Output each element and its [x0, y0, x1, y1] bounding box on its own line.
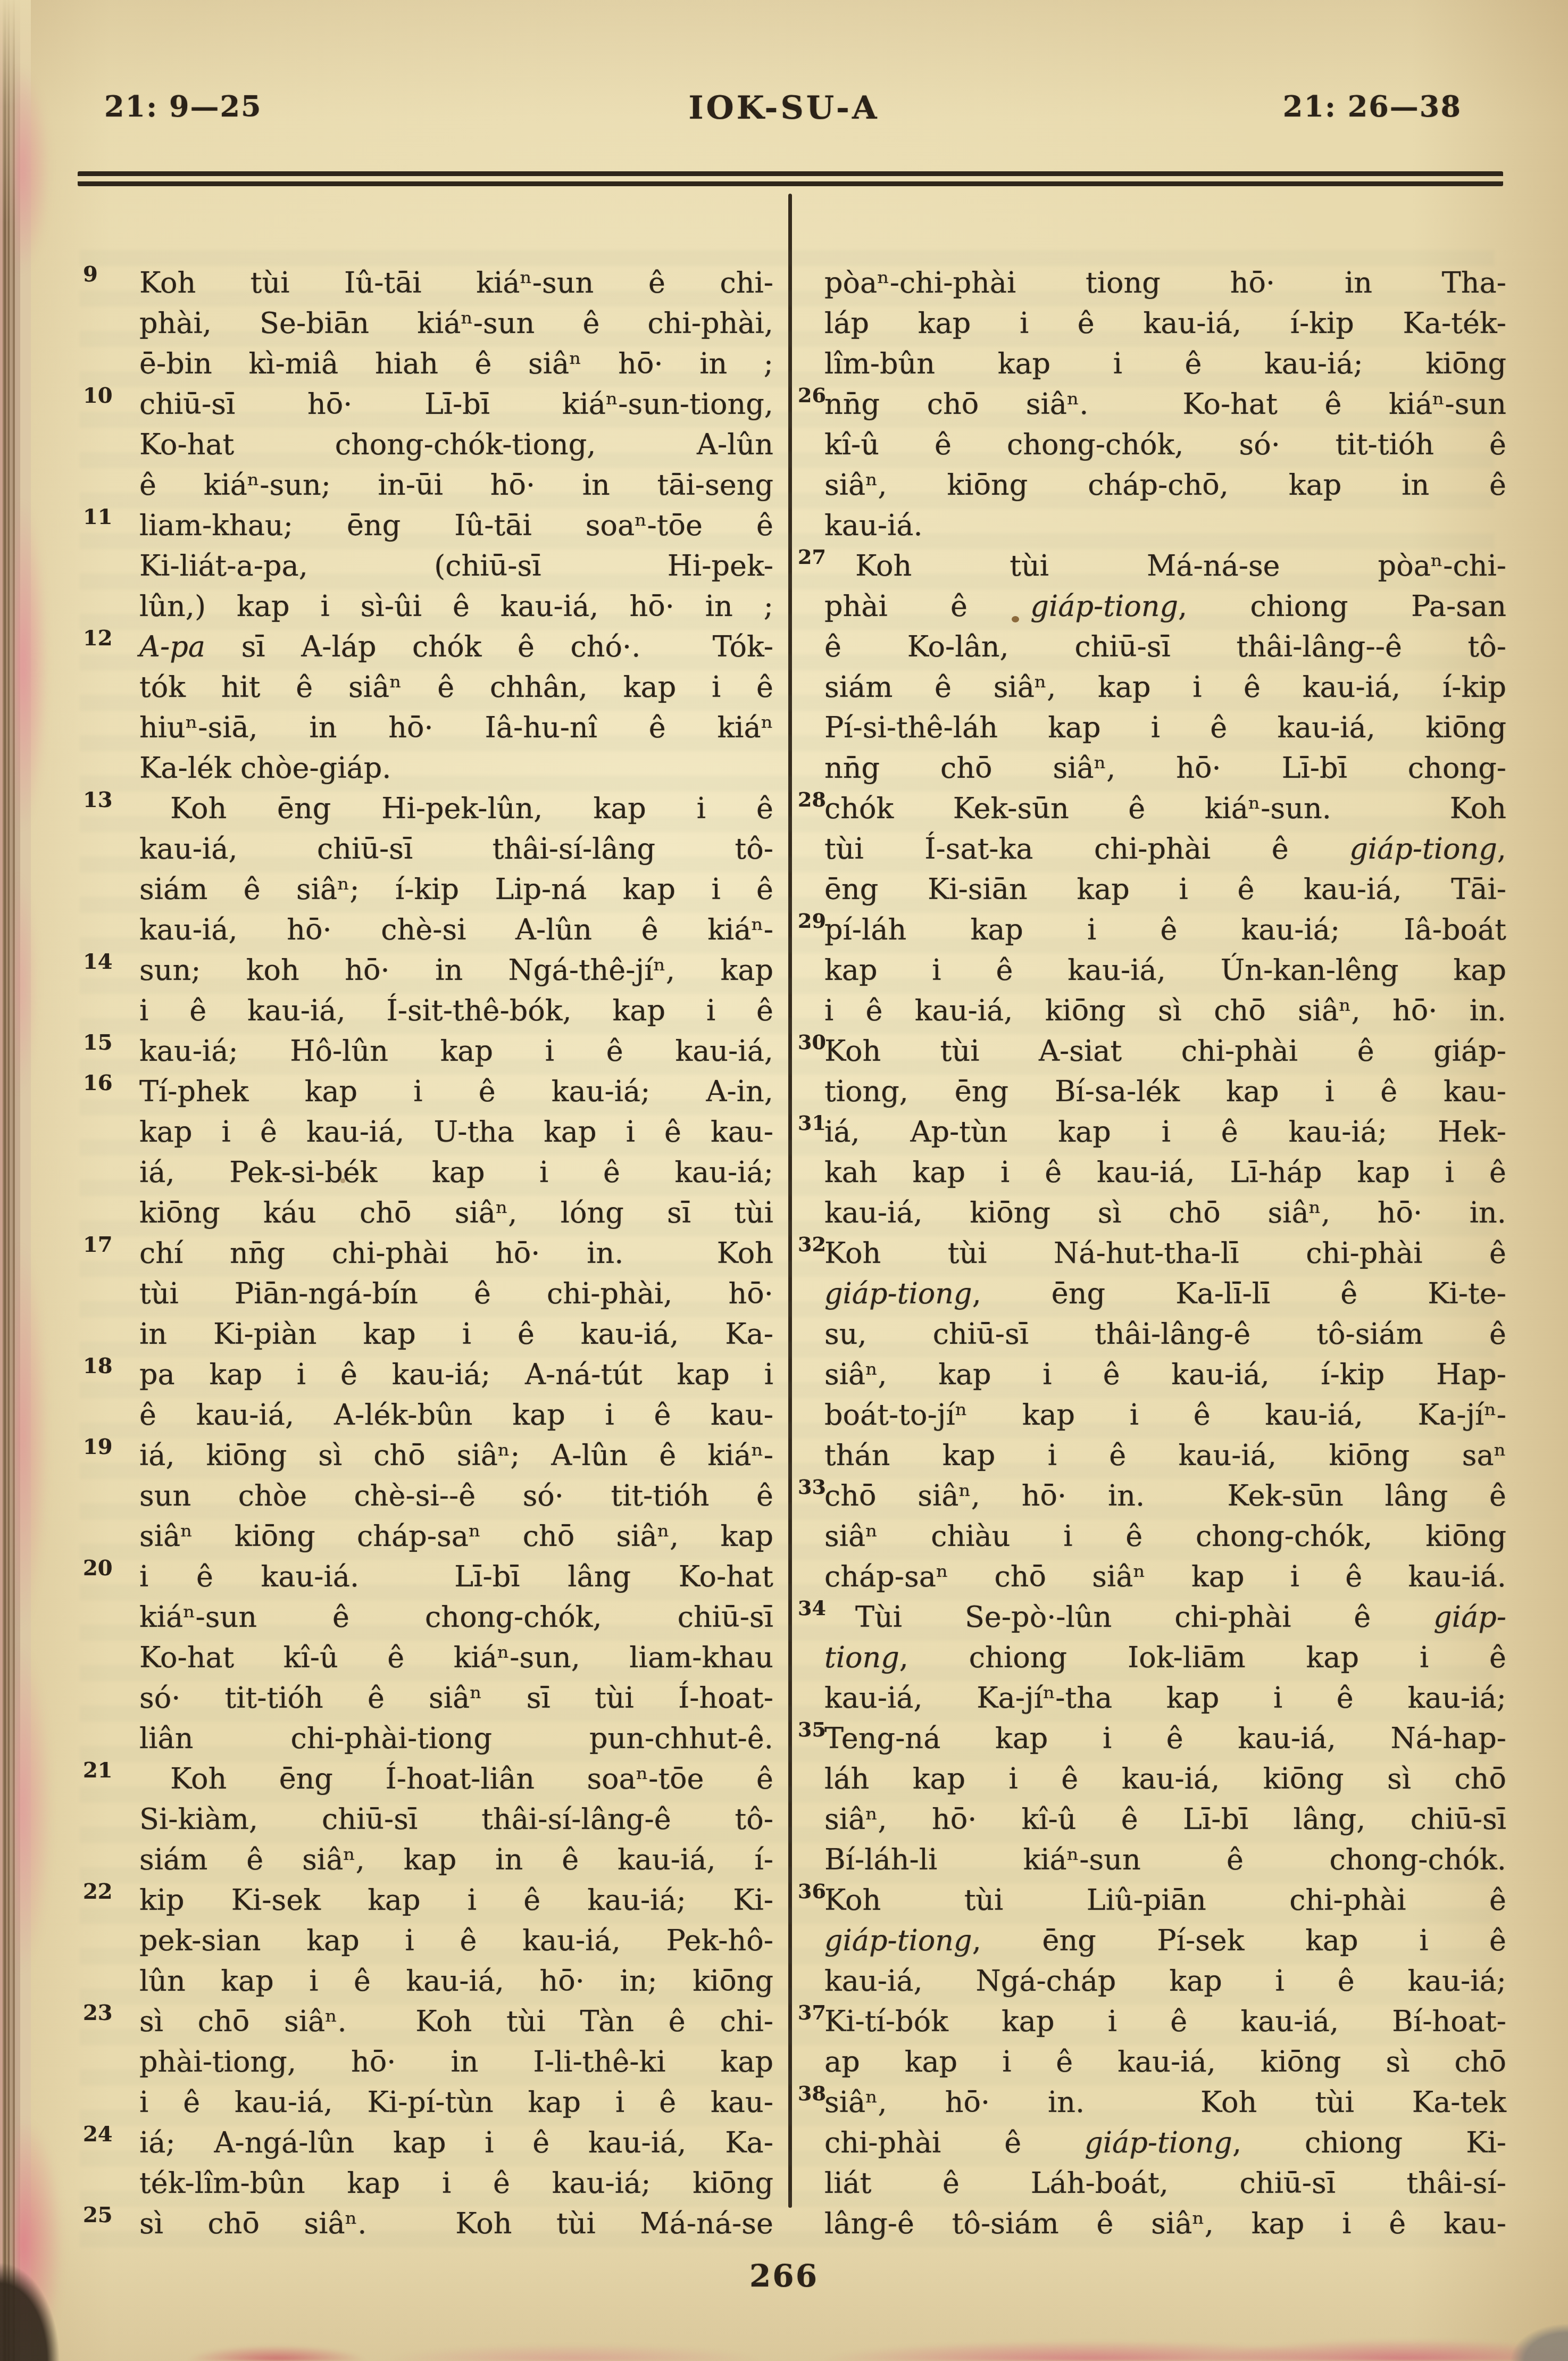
verse-number: 13: [83, 789, 122, 811]
line-text: lîm-bûn kap i ê kau-iá; kiōng: [824, 347, 1506, 380]
line-text: ê kiáⁿ-sun; in-ūi hō· in tāi-seng: [139, 468, 773, 502]
text-line: kau-iá, Ka-jíⁿ-tha kap i ê kau-iá;: [824, 1678, 1506, 1718]
text-line: siâⁿ, hō· kî-û ê Lī-bī lâng, chiū-sī: [824, 1799, 1506, 1840]
verse-number: 19: [83, 1436, 122, 1458]
verse-number: 33: [798, 1477, 822, 1497]
text-line: 15kau-iá; Hô-lûn kap i ê kau-iá,: [139, 1031, 773, 1071]
text-line: siám ê siâⁿ, kap i ê kau-iá, í-kip: [824, 667, 1506, 708]
line-text: nn̄g chō siâⁿ. Ko-hat ê kiáⁿ-sun: [824, 387, 1506, 421]
line-text: kah kap i ê kau-iá, Lī-háp kap i ê: [824, 1155, 1506, 1189]
line-text: hiuⁿ-siā, in hō· Iâ-hu-nî ê kiáⁿ: [139, 711, 773, 744]
verse-number: 36: [798, 1881, 822, 1901]
text-line: 10chiū-sī hō· Lī-bī kiáⁿ-sun-tiong,: [139, 384, 773, 425]
line-text: phài ê giáp-tiong, chiong Pa-san: [824, 589, 1506, 623]
text-line: siám ê siâⁿ, kap in ê kau-iá, í-: [139, 1840, 773, 1880]
verse-number: 24: [83, 2124, 122, 2145]
text-line: i ê kau-iá, Í-sit-thê-bók, kap i ê: [139, 991, 773, 1031]
line-text: Koh tùi Ná-hut-tha-lī chi-phài ê: [824, 1236, 1506, 1270]
text-line: 30Koh tùi A-siat chi-phài ê giáp-: [824, 1031, 1506, 1071]
line-text: A-pa sī A-láp chók ê chó·. Tók-: [139, 630, 773, 663]
text-line: 32Koh tùi Ná-hut-tha-lī chi-phài ê: [824, 1233, 1506, 1274]
text-line: phài, Se-biān kiáⁿ-sun ê chi-phài,: [139, 303, 773, 344]
text-line: Ki-liát-a-pa, (chiū-sī Hi-pek-: [139, 546, 773, 586]
text-line: 26nn̄g chō siâⁿ. Ko-hat ê kiáⁿ-sun: [824, 384, 1506, 425]
text-line: liân chi-phài-tiong pun-chhut-ê.: [139, 1718, 773, 1759]
text-line: 28chók Kek-sūn ê kiáⁿ-sun. Koh: [824, 788, 1506, 829]
text-line: tiong, ēng Bí-sa-lék kap i ê kau-: [824, 1071, 1506, 1112]
text-line: 38siâⁿ, hō· in. Koh tùi Ka-tek: [824, 2082, 1506, 2123]
line-text: chí nn̄g chi-phài hō· in. Koh: [139, 1236, 773, 1270]
text-line: thán kap i ê kau-iá, kiōng saⁿ: [824, 1435, 1506, 1476]
text-line: kap i ê kau-iá, Ún-kan-lêng kap: [824, 950, 1506, 991]
text-line: siám ê siâⁿ; í-kip Lip-ná kap i ê: [139, 869, 773, 910]
text-line: kah kap i ê kau-iá, Lī-háp kap i ê: [824, 1152, 1506, 1193]
verse-number: 23: [83, 2002, 122, 2024]
line-text: iá, Pek-si-bék kap i ê kau-iá;: [139, 1155, 773, 1189]
text-line: phài ê giáp-tiong, chiong Pa-san: [824, 586, 1506, 627]
verse-number: 21: [83, 1760, 122, 1781]
header-double-rule: [78, 171, 1503, 186]
line-text: chō siâⁿ, hō· in. Kek-sūn lâng ê: [824, 1479, 1506, 1512]
line-text: lûn kap i ê kau-iá, hō· in; kiōng: [139, 1964, 773, 1998]
verse-number: 28: [798, 789, 822, 810]
text-line: 36Koh tùi Liû-piān chi-phài ê: [824, 1880, 1506, 1921]
text-line: ēng Ki-siān kap i ê kau-iá, Tāi-: [824, 869, 1506, 910]
verse-number: 29: [798, 911, 822, 931]
line-text: Ko-hat chong-chók-tiong, A-lûn: [139, 428, 773, 461]
text-line: 9Koh tùi Iû-tāi kiáⁿ-sun ê chi-: [139, 263, 773, 303]
line-text: siâⁿ, hō· in. Koh tùi Ka-tek: [824, 2085, 1506, 2119]
line-text: giáp-tiong, ēng Pí-sek kap i ê: [824, 1924, 1506, 1957]
text-line: pòaⁿ-chi-phài tiong hō· in Tha-: [824, 263, 1506, 303]
line-text: iá, kiōng sì chō siâⁿ; A-lûn ê kiáⁿ-: [139, 1439, 773, 1472]
line-text: siâⁿ, kap i ê kau-iá, í-kip Hap-: [824, 1358, 1506, 1391]
line-text: Ki-tí-bók kap i ê kau-iá, Bí-hoat-: [824, 2005, 1506, 2038]
line-text: kau-iá; Hô-lûn kap i ê kau-iá,: [139, 1034, 773, 1068]
text-line: 17chí nn̄g chi-phài hō· in. Koh: [139, 1233, 773, 1274]
line-text: kau-iá, hō· chè-si A-lûn ê kiáⁿ-: [139, 913, 773, 946]
line-text: giáp-tiong, ēng Ka-lī-lī ê Ki-te-: [824, 1277, 1506, 1310]
line-text: Si-kiàm, chiū-sī thâi-sí-lâng-ê tô-: [139, 1802, 773, 1836]
line-text: i ê kau-iá, Í-sit-thê-bók, kap i ê: [139, 994, 773, 1027]
text-line: hiuⁿ-siā, in hō· Iâ-hu-nî ê kiáⁿ: [139, 708, 773, 748]
line-text: ē-bin kì-miâ hiah ê siâⁿ hō· in ;: [139, 347, 773, 380]
line-text: Ko-hat kî-û ê kiáⁿ-sun, liam-khau: [139, 1641, 773, 1674]
text-line: láh kap i ê kau-iá, kiōng sì chō: [824, 1759, 1506, 1799]
text-line: i ê kau-iá, Ki-pí-tùn kap i ê kau-: [139, 2082, 773, 2123]
binding-gutter-edge: [0, 0, 31, 2361]
line-text: siám ê siâⁿ, kap i ê kau-iá, í-kip: [824, 670, 1506, 704]
line-text: Koh tùi Má-ná-se pòaⁿ-chi-: [824, 549, 1506, 583]
text-line: só· tit-tióh ê siâⁿ sī tùi Í-hoat-: [139, 1678, 773, 1718]
text-line: cháp-saⁿ chō siâⁿ kap i ê kau-iá.: [824, 1557, 1506, 1597]
verse-number: 27: [798, 547, 822, 567]
text-line: su, chiū-sī thâi-lâng-ê tô-siám ê: [824, 1314, 1506, 1354]
line-text: liát ê Láh-boát, chiū-sī thâi-sí-: [824, 2166, 1506, 2200]
text-line: tiong, chiong Iok-liām kap i ê: [824, 1637, 1506, 1678]
verse-number: 18: [83, 1356, 122, 1377]
text-line: 11liam-khau; ēng Iû-tāi soaⁿ-tōe ê: [139, 505, 773, 546]
text-line: sun chòe chè-si--ê só· tit-tióh ê: [139, 1476, 773, 1516]
text-line: phài-tiong, hō· in I-li-thê-ki kap: [139, 2042, 773, 2082]
verse-number: 15: [83, 1032, 122, 1053]
line-text: i ê kau-iá. Lī-bī lâng Ko-hat: [139, 1560, 773, 1593]
text-line: iá, Pek-si-bék kap i ê kau-iá;: [139, 1152, 773, 1193]
bottom-right-corner-shadow: [1478, 2302, 1568, 2361]
text-line: 19iá, kiōng sì chō siâⁿ; A-lûn ê kiáⁿ-: [139, 1435, 773, 1476]
line-text: liam-khau; ēng Iû-tāi soaⁿ-tōe ê: [139, 509, 773, 542]
line-text: sì chō siâⁿ. Koh tùi Má-ná-se: [139, 2207, 773, 2240]
text-line: ê kiáⁿ-sun; in-ūi hō· in tāi-seng: [139, 465, 773, 505]
text-line: 34Tùi Se-pò·-lûn chi-phài ê giáp-: [824, 1597, 1506, 1637]
line-text: láp kap i ê kau-iá, í-kip Ka-ték-: [824, 306, 1506, 340]
line-text: tùi Piān-ngá-bín ê chi-phài, hō·: [139, 1277, 773, 1310]
line-text: lûn,) kap i sì-ûi ê kau-iá, hō· in ;: [139, 589, 773, 623]
line-text: siâⁿ chiàu i ê chong-chók, kiōng: [824, 1519, 1506, 1553]
text-line: ê kau-iá, A-lék-bûn kap i ê kau-: [139, 1395, 773, 1435]
text-line: kiōng káu chō siâⁿ, lóng sī tùi: [139, 1193, 773, 1233]
line-text: kau-iá, Ngá-cháp kap i ê kau-iá;: [824, 1964, 1506, 1998]
line-text: Tí-phek kap i ê kau-iá; A-in,: [139, 1075, 773, 1108]
line-text: in Ki-piàn kap i ê kau-iá, Ka-: [139, 1317, 773, 1351]
text-line: kiáⁿ-sun ê chong-chók, chiū-sī: [139, 1597, 773, 1637]
line-text: só· tit-tióh ê siâⁿ sī tùi Í-hoat-: [139, 1681, 773, 1715]
scanned-book-page: 21: 9—25 IOK-SU-A 21: 26—38 9Koh tùi Iû-…: [0, 0, 1568, 2361]
line-text: sun chòe chè-si--ê só· tit-tióh ê: [139, 1479, 773, 1512]
line-text: i ê kau-iá, kiōng sì chō siâⁿ, hō· in.: [824, 994, 1506, 1027]
text-line: ték-lîm-bûn kap i ê kau-iá; kiōng: [139, 2163, 773, 2204]
line-text: pòaⁿ-chi-phài tiong hō· in Tha-: [824, 266, 1506, 300]
text-line: liát ê Láh-boát, chiū-sī thâi-sí-: [824, 2163, 1506, 2204]
line-text: Tùi Se-pò·-lûn chi-phài ê giáp-: [824, 1600, 1506, 1634]
line-text: kau-iá, chiū-sī thâi-sí-lâng tô-: [139, 832, 773, 866]
text-line: siâⁿ kiōng cháp-saⁿ chō siâⁿ, kap: [139, 1516, 773, 1557]
line-text: tiong, ēng Bí-sa-lék kap i ê kau-: [824, 1075, 1506, 1108]
line-text: Ki-liát-a-pa, (chiū-sī Hi-pek-: [139, 549, 773, 583]
line-text: ê Ko-lân, chiū-sī thâi-lâng--ê tô-: [824, 630, 1506, 663]
text-line: lîm-bûn kap i ê kau-iá; kiōng: [824, 344, 1506, 384]
text-line: kau-iá, kiōng sì chō siâⁿ, hō· in.: [824, 1193, 1506, 1233]
line-text: ték-lîm-bûn kap i ê kau-iá; kiōng: [139, 2166, 773, 2200]
line-text: Teng-ná kap i ê kau-iá, Ná-hap-: [824, 1722, 1506, 1755]
line-text: Pí-si-thê-láh kap i ê kau-iá, kiōng: [824, 711, 1506, 744]
line-text: thán kap i ê kau-iá, kiōng saⁿ: [824, 1439, 1506, 1472]
line-text: iá; A-ngá-lûn kap i ê kau-iá, Ka-: [139, 2126, 773, 2159]
line-text: chiū-sī hō· Lī-bī kiáⁿ-sun-tiong,: [139, 387, 773, 421]
line-text: kap i ê kau-iá, Ún-kan-lêng kap: [824, 953, 1506, 987]
text-line: 25sì chō siâⁿ. Koh tùi Má-ná-se: [139, 2204, 773, 2244]
line-text: liân chi-phài-tiong pun-chhut-ê.: [139, 1722, 773, 1755]
verse-number: 35: [798, 1719, 822, 1740]
verse-number: 31: [798, 1113, 822, 1133]
text-line: 13Koh ēng Hi-pek-lûn, kap i ê: [139, 788, 773, 829]
line-text: tók hit ê siâⁿ ê chhân, kap i ê: [139, 670, 773, 704]
line-text: siám ê siâⁿ, kap in ê kau-iá, í-: [139, 1843, 773, 1876]
line-text: Koh ēng Í-hoat-liân soaⁿ-tōe ê: [139, 1762, 773, 1795]
line-text: pek-sian kap i ê kau-iá, Pek-hô-: [139, 1924, 773, 1957]
text-line: tók hit ê siâⁿ ê chhân, kap i ê: [139, 667, 773, 708]
verse-number: 25: [83, 2205, 122, 2226]
line-text: Koh tùi Iû-tāi kiáⁿ-sun ê chi-: [139, 266, 773, 300]
text-line: lûn,) kap i sì-ûi ê kau-iá, hō· in ;: [139, 586, 773, 627]
verse-number: 11: [83, 506, 122, 528]
line-text: boát-to-jíⁿ kap i ê kau-iá, Ka-jíⁿ-: [824, 1398, 1506, 1432]
text-line: lûn kap i ê kau-iá, hō· in; kiōng: [139, 1961, 773, 2001]
verse-number: 26: [798, 385, 822, 405]
text-line: giáp-tiong, ēng Pí-sek kap i ê: [824, 1921, 1506, 1961]
left-edge-pink-stain: [16, 0, 90, 2361]
line-text: chók Kek-sūn ê kiáⁿ-sun. Koh: [824, 792, 1506, 825]
bottom-edge-pink-stain: [0, 2323, 1568, 2361]
text-line: tùi Í-sat-ka chi-phài ê giáp-tiong,: [824, 829, 1506, 869]
text-line: giáp-tiong, ēng Ka-lī-lī ê Ki-te-: [824, 1274, 1506, 1314]
verse-number: 14: [83, 951, 122, 972]
verse-number: 12: [83, 628, 122, 649]
line-text: kau-iá, kiōng sì chō siâⁿ, hō· in.: [824, 1196, 1506, 1229]
text-line: siâⁿ, kiōng cháp-chō, kap in ê: [824, 465, 1506, 505]
line-text: kap i ê kau-iá, U-tha kap i ê kau-: [139, 1115, 773, 1149]
text-line: 14sun; koh hō· in Ngá-thê-jíⁿ, kap: [139, 950, 773, 991]
line-text: kip Ki-sek kap i ê kau-iá; Ki-: [139, 1883, 773, 1917]
text-line: siâⁿ, kap i ê kau-iá, í-kip Hap-: [824, 1354, 1506, 1395]
text-line: tùi Piān-ngá-bín ê chi-phài, hō·: [139, 1274, 773, 1314]
line-text: kî-û ê chong-chók, só· tit-tióh ê: [824, 428, 1506, 461]
text-line: ap kap i ê kau-iá, kiōng sì chō: [824, 2042, 1506, 2082]
line-text: ê kau-iá, A-lék-bûn kap i ê kau-: [139, 1398, 773, 1432]
line-text: iá, Ap-tùn kap i ê kau-iá; Hek-: [824, 1115, 1506, 1149]
text-line: 35Teng-ná kap i ê kau-iá, Ná-hap-: [824, 1718, 1506, 1759]
text-line: 37Ki-tí-bók kap i ê kau-iá, Bí-hoat-: [824, 2001, 1506, 2042]
line-text: pí-láh kap i ê kau-iá; Iâ-boát: [824, 913, 1506, 946]
text-line: Ko-hat kî-û ê kiáⁿ-sun, liam-khau: [139, 1637, 773, 1678]
line-text: láh kap i ê kau-iá, kiōng sì chō: [824, 1762, 1506, 1795]
text-line: 21Koh ēng Í-hoat-liân soaⁿ-tōe ê: [139, 1759, 773, 1799]
line-text: siâⁿ, kiōng cháp-chō, kap in ê: [824, 468, 1506, 502]
text-line: Ko-hat chong-chók-tiong, A-lûn: [139, 425, 773, 465]
text-line: nn̄g chō siâⁿ, hō· Lī-bī chong-: [824, 748, 1506, 788]
line-text: lâng-ê tô-siám ê siâⁿ, kap i ê kau-: [824, 2207, 1506, 2240]
text-line: 31iá, Ap-tùn kap i ê kau-iá; Hek-: [824, 1112, 1506, 1152]
line-text: kau-iá.: [824, 509, 923, 542]
verse-number: 37: [798, 2002, 822, 2023]
text-line: 18pa kap i ê kau-iá; A-ná-tút kap i: [139, 1354, 773, 1395]
text-line: kau-iá.: [824, 505, 1506, 546]
text-line: pek-sian kap i ê kau-iá, Pek-hô-: [139, 1921, 773, 1961]
line-text: Bí-láh-li kiáⁿ-sun ê chong-chók.: [824, 1843, 1506, 1876]
text-line: chi-phài ê giáp-tiong, chiong Ki-: [824, 2123, 1506, 2163]
line-text: tùi Í-sat-ka chi-phài ê giáp-tiong,: [824, 832, 1506, 866]
line-text: phài-tiong, hō· in I-li-thê-ki kap: [139, 2045, 773, 2079]
line-text: tiong, chiong Iok-liām kap i ê: [824, 1641, 1506, 1674]
line-text: kau-iá, Ka-jíⁿ-tha kap i ê kau-iá;: [824, 1681, 1506, 1715]
line-text: ēng Ki-siān kap i ê kau-iá, Tāi-: [824, 872, 1506, 906]
line-text: Koh ēng Hi-pek-lûn, kap i ê: [139, 792, 773, 825]
verse-number: 34: [798, 1598, 822, 1618]
verse-number: 32: [798, 1234, 822, 1254]
line-text: nn̄g chō siâⁿ, hō· Lī-bī chong-: [824, 751, 1506, 785]
line-text: siâⁿ kiōng cháp-saⁿ chō siâⁿ, kap: [139, 1519, 773, 1553]
text-line: in Ki-piàn kap i ê kau-iá, Ka-: [139, 1314, 773, 1354]
verse-number: 10: [83, 385, 122, 406]
text-line: 12A-pa sī A-láp chók ê chó·. Tók-: [139, 627, 773, 667]
line-text: Koh tùi Liû-piān chi-phài ê: [824, 1883, 1506, 1917]
line-text: su, chiū-sī thâi-lâng-ê tô-siám ê: [824, 1317, 1506, 1351]
text-line: i ê kau-iá, kiōng sì chō siâⁿ, hō· in.: [824, 991, 1506, 1031]
verse-number: 9: [83, 264, 122, 285]
text-column-right: pòaⁿ-chi-phài tiong hō· in Tha-láp kap i…: [824, 263, 1506, 2244]
text-line: 23sì chō siâⁿ. Koh tùi Tàn ê chi-: [139, 2001, 773, 2042]
text-line: kau-iá, chiū-sī thâi-sí-lâng tô-: [139, 829, 773, 869]
text-line: Pí-si-thê-láh kap i ê kau-iá, kiōng: [824, 708, 1506, 748]
verse-number: 22: [83, 1881, 122, 1902]
verse-number: 16: [83, 1073, 122, 1094]
text-line: 33chō siâⁿ, hō· in. Kek-sūn lâng ê: [824, 1476, 1506, 1516]
line-text: kiáⁿ-sun ê chong-chók, chiū-sī: [139, 1600, 773, 1634]
line-text: siâⁿ, hō· kî-û ê Lī-bī lâng, chiū-sī: [824, 1802, 1506, 1836]
verse-number: 17: [83, 1234, 122, 1256]
text-line: 22kip Ki-sek kap i ê kau-iá; Ki-: [139, 1880, 773, 1921]
text-line: 16Tí-phek kap i ê kau-iá; A-in,: [139, 1071, 773, 1112]
page-number: 266: [0, 2258, 1568, 2294]
text-line: kap i ê kau-iá, U-tha kap i ê kau-: [139, 1112, 773, 1152]
line-text: pa kap i ê kau-iá; A-ná-tút kap i: [139, 1358, 773, 1391]
text-line: siâⁿ chiàu i ê chong-chók, kiōng: [824, 1516, 1506, 1557]
text-line: ē-bin kì-miâ hiah ê siâⁿ hō· in ;: [139, 344, 773, 384]
text-line: kau-iá, hō· chè-si A-lûn ê kiáⁿ-: [139, 910, 773, 950]
line-text: kiōng káu chō siâⁿ, lóng sī tùi: [139, 1196, 773, 1229]
line-text: sì chō siâⁿ. Koh tùi Tàn ê chi-: [139, 2005, 773, 2038]
line-text: siám ê siâⁿ; í-kip Lip-ná kap i ê: [139, 872, 773, 906]
text-line: láp kap i ê kau-iá, í-kip Ka-ték-: [824, 303, 1506, 344]
text-line: Ka-lék chòe-giáp.: [139, 748, 773, 788]
text-line: 24iá; A-ngá-lûn kap i ê kau-iá, Ka-: [139, 2123, 773, 2163]
text-line: 27Koh tùi Má-ná-se pòaⁿ-chi-: [824, 546, 1506, 586]
text-line: ê Ko-lân, chiū-sī thâi-lâng--ê tô-: [824, 627, 1506, 667]
text-line: Si-kiàm, chiū-sī thâi-sí-lâng-ê tô-: [139, 1799, 773, 1840]
text-line: kau-iá, Ngá-cháp kap i ê kau-iá;: [824, 1961, 1506, 2001]
line-text: Ka-lék chòe-giáp.: [139, 751, 391, 785]
text-line: kî-û ê chong-chók, só· tit-tióh ê: [824, 425, 1506, 465]
line-text: ap kap i ê kau-iá, kiōng sì chō: [824, 2045, 1506, 2079]
verse-number: 38: [798, 2083, 822, 2104]
line-text: i ê kau-iá, Ki-pí-tùn kap i ê kau-: [139, 2085, 773, 2119]
column-divider-rule: [788, 194, 792, 2208]
verse-number: 30: [798, 1032, 822, 1052]
text-column-left: 9Koh tùi Iû-tāi kiáⁿ-sun ê chi-phài, Se-…: [139, 263, 773, 2244]
text-line: lâng-ê tô-siám ê siâⁿ, kap i ê kau-: [824, 2204, 1506, 2244]
text-line: boát-to-jíⁿ kap i ê kau-iá, Ka-jíⁿ-: [824, 1395, 1506, 1435]
text-line: 20i ê kau-iá. Lī-bī lâng Ko-hat: [139, 1557, 773, 1597]
line-text: Koh tùi A-siat chi-phài ê giáp-: [824, 1034, 1506, 1068]
line-text: sun; koh hō· in Ngá-thê-jíⁿ, kap: [139, 953, 773, 987]
text-line: 29pí-láh kap i ê kau-iá; Iâ-boát: [824, 910, 1506, 950]
line-text: cháp-saⁿ chō siâⁿ kap i ê kau-iá.: [824, 1560, 1506, 1593]
line-text: phài, Se-biān kiáⁿ-sun ê chi-phài,: [139, 306, 773, 340]
line-text: chi-phài ê giáp-tiong, chiong Ki-: [824, 2126, 1506, 2159]
running-head-verse-range-right: 21: 26—38: [1283, 89, 1462, 123]
text-line: Bí-láh-li kiáⁿ-sun ê chong-chók.: [824, 1840, 1506, 1880]
verse-number: 20: [83, 1558, 122, 1579]
